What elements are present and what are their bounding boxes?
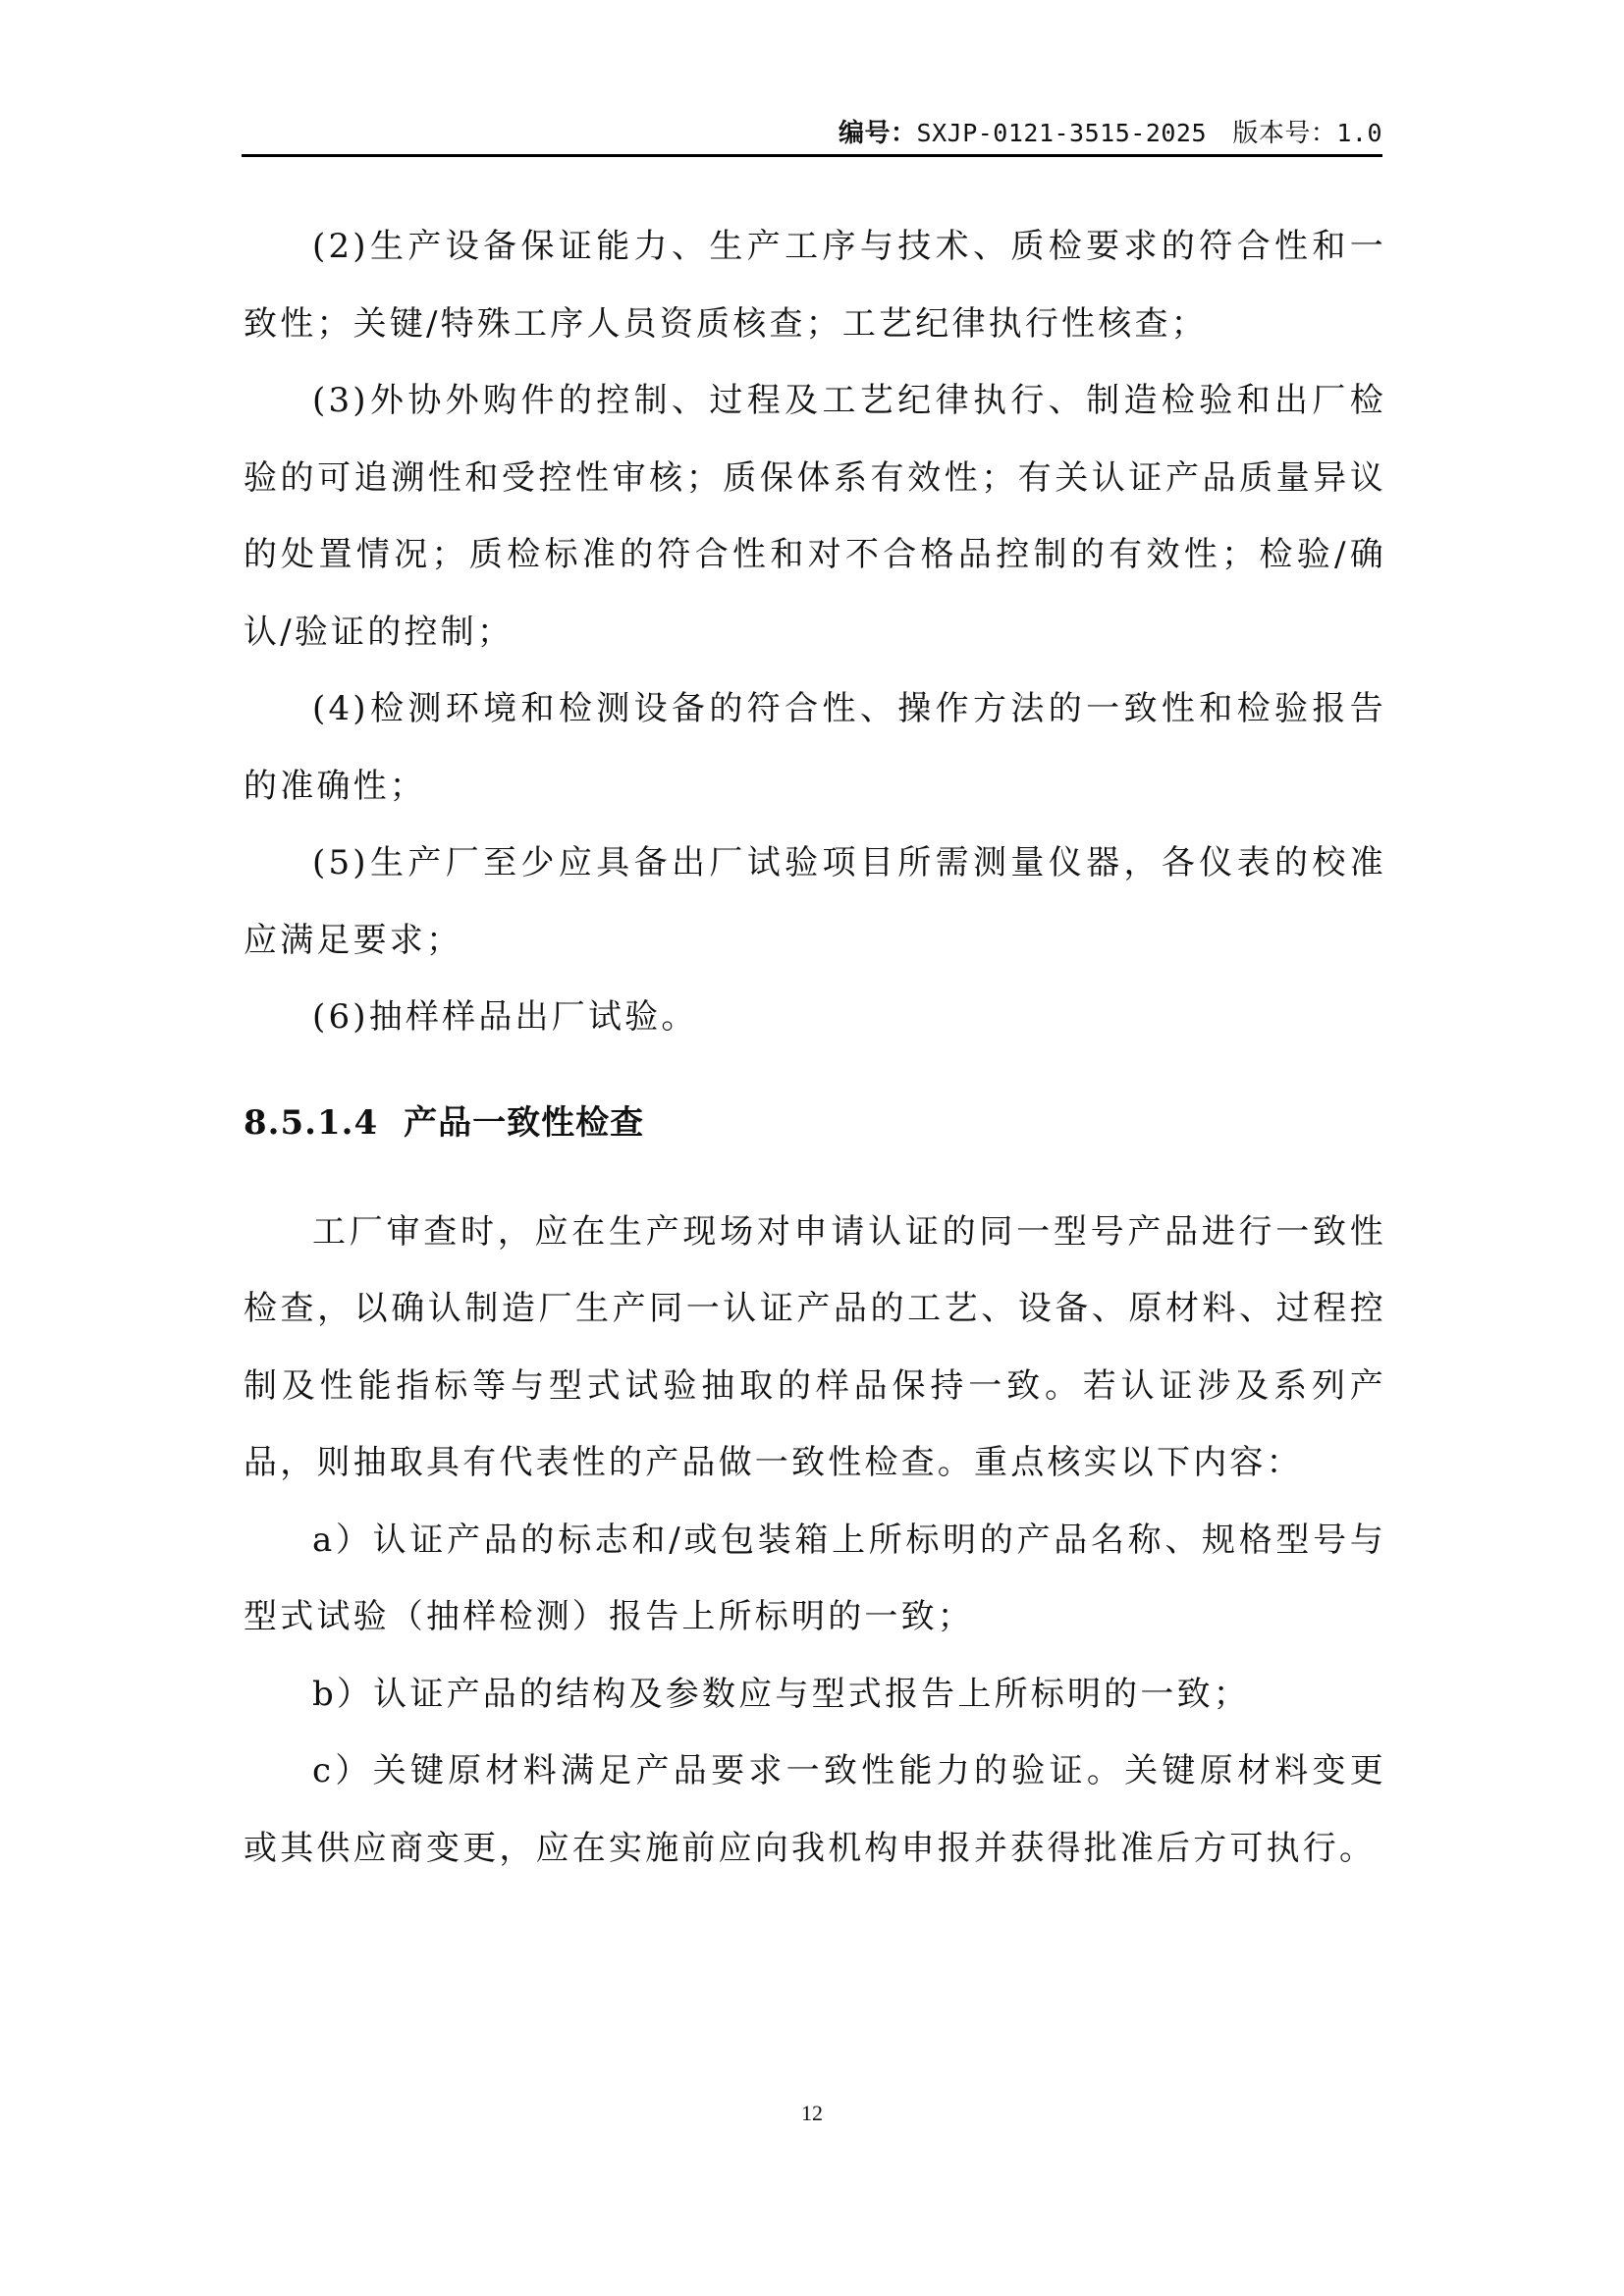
check-item: b）认证产品的结构及参数应与型式报告上所标明的一致； (244, 1656, 1386, 1734)
section-heading: 8.5.1.4产品一致性检查 (244, 1094, 1386, 1152)
page-number: 12 (0, 2101, 1624, 2126)
page-header: 编号：SXJP-0121-3515-2025 版本号：1.0 (242, 116, 1382, 157)
document-code-label: 编号： (839, 119, 917, 148)
version-label: 版本号： (1232, 119, 1336, 148)
header-divider (242, 154, 1382, 157)
version-value: 1.0 (1336, 119, 1382, 147)
list-item: (2)生产设备保证能力、生产工序与技术、质检要求的符合性和一致性；关键/特殊工序… (244, 208, 1386, 362)
page-body: (2)生产设备保证能力、生产工序与技术、质检要求的符合性和一致性；关键/特殊工序… (244, 208, 1386, 1887)
check-item: c）关键原材料满足产品要求一致性能力的验证。关键原材料变更或其供应商变更，应在实… (244, 1733, 1386, 1887)
section-title: 产品一致性检查 (404, 1103, 644, 1143)
document-code-value: SXJP-0121-3515-2025 (917, 119, 1207, 147)
list-item: (3)外协外购件的控制、过程及工艺纪律执行、制造检验和出厂检验的可追溯性和受控性… (244, 362, 1386, 670)
section-intro-paragraph: 工厂审查时，应在生产现场对申请认证的同一型号产品进行一致性检查，以确认制造厂生产… (244, 1194, 1386, 1502)
check-item: a）认证产品的标志和/或包装箱上所标明的产品名称、规格型号与型式试验（抽样检测）… (244, 1502, 1386, 1656)
section-number: 8.5.1.4 (244, 1103, 378, 1143)
list-item: (6)抽样样品出厂试验。 (244, 979, 1386, 1056)
list-item: (5)生产厂至少应具备出厂试验项目所需测量仪器，各仪表的校准应满足要求； (244, 825, 1386, 979)
list-item: (4)检测环境和检测设备的符合性、操作方法的一致性和检验报告的准确性； (244, 670, 1386, 825)
